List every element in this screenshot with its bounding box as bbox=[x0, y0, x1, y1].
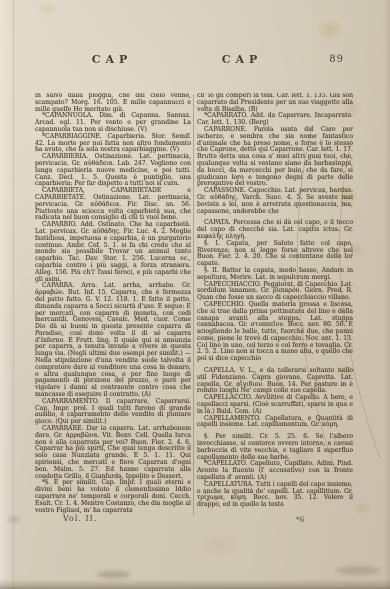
paper-stain bbox=[316, 18, 344, 42]
running-header: CAP CAP 89 bbox=[0, 53, 390, 67]
dictionary-entry: CAPECCHIACCIO. Peggiorat. di Capecchio. … bbox=[197, 282, 353, 302]
dictionary-entry: CAPELLA. V. L., e da tollerarsi soltanto… bbox=[197, 368, 353, 395]
dictionary-entry: *CAPANNUOLA. Dim. di Capanna. Sannaz. Ar… bbox=[35, 113, 191, 133]
dictionary-entry: CAPELLACCIO. Avvilitivo di Capello. A be… bbox=[197, 395, 353, 415]
scan-smudge bbox=[96, 571, 130, 578]
dictionary-entry: *CAPELLATO. Capelluto, Capillato. Adim. … bbox=[197, 461, 353, 481]
dictionary-entry: *CAPARRATO. Add. da Caparrare. Incaparra… bbox=[197, 113, 353, 127]
dictionary-entry: CAPARRAMENTO. Il caparrare, Caparrarsi. … bbox=[35, 399, 191, 426]
header-title-left: CAP bbox=[84, 53, 140, 66]
dictionary-entry: CAPARBIO. Add. Ostinato, Che ha caparbie… bbox=[35, 222, 191, 283]
scan-smudge bbox=[8, 518, 20, 521]
page-edge-right bbox=[384, 0, 390, 589]
dictionary-entry: CAPASSONE. Capocchio. Lat. pervicax, bar… bbox=[197, 188, 353, 215]
dictionary-entry: CAPELLATURA. Tutti i capelli del capo in… bbox=[197, 482, 353, 509]
column-divider bbox=[193, 94, 194, 516]
dictionary-entry: §. Per similit. Cr. 5. 25. 6. Se l'alber… bbox=[197, 434, 353, 461]
dictionary-entry: ch' io gli comperi la tela. Car. lett. 1… bbox=[197, 93, 353, 113]
footer-volume: Vol. II. bbox=[63, 514, 97, 523]
scanned-page: CAP CAP 89 in salvo dalla pioggia, che d… bbox=[0, 0, 390, 589]
dictionary-entry: CAPARRA. Arra. Lat. arrha, arrhabo. Gr. … bbox=[35, 283, 191, 399]
paper-stain bbox=[196, 534, 242, 556]
left-column: in salvo dalla pioggia, che dal cielo ve… bbox=[35, 93, 191, 517]
dictionary-entry: CAPELLAMENTO. Capellatura, e Quantità di… bbox=[197, 416, 353, 430]
footer-signature: *6 bbox=[296, 515, 305, 524]
paper-stain bbox=[352, 500, 371, 516]
dictionary-entry: CAPATA. Percossa che si dà col capo, o i… bbox=[197, 220, 353, 240]
page-number: 89 bbox=[322, 54, 344, 65]
dictionary-entry: §. I. Capata, per Saluto fatto col capo,… bbox=[197, 241, 353, 268]
paper-stain bbox=[36, 2, 58, 16]
scan-smudge bbox=[336, 566, 380, 575]
dictionary-entry: *CAPARBIAGGINE. Caparbieria. Stor. Semif… bbox=[35, 134, 191, 154]
page-edge-left bbox=[0, 0, 14, 589]
dictionary-entry: in salvo dalla pioggia, che dal cielo ve… bbox=[35, 93, 191, 113]
dictionary-entry: CAPARBIERIA. Ostinazione. Lat. pertinaci… bbox=[35, 154, 191, 188]
page-edge-bottom bbox=[0, 579, 390, 589]
dictionary-entry: CAPECCHIO. Quella materia grossa e lisco… bbox=[197, 302, 353, 363]
header-title-right: CAP bbox=[214, 53, 270, 66]
dictionary-entry: §. II. Batter la capata, modo basso, And… bbox=[197, 268, 353, 282]
dictionary-entry: *§. E per similit. Cap. Impr. I quali et… bbox=[35, 480, 191, 514]
dictionary-entry: CAPARRONE. Parola usata dal Caro per isc… bbox=[197, 127, 353, 188]
dictionary-entry: CAPARBIETA, CAPARBIETADE e CAPARBIETATE.… bbox=[35, 188, 191, 222]
dictionary-entry: CAPARRARE. Dar la caparra. Lat. arrhabon… bbox=[35, 426, 191, 480]
right-column: ch' io gli comperi la tela. Car. lett. 1… bbox=[197, 93, 353, 517]
